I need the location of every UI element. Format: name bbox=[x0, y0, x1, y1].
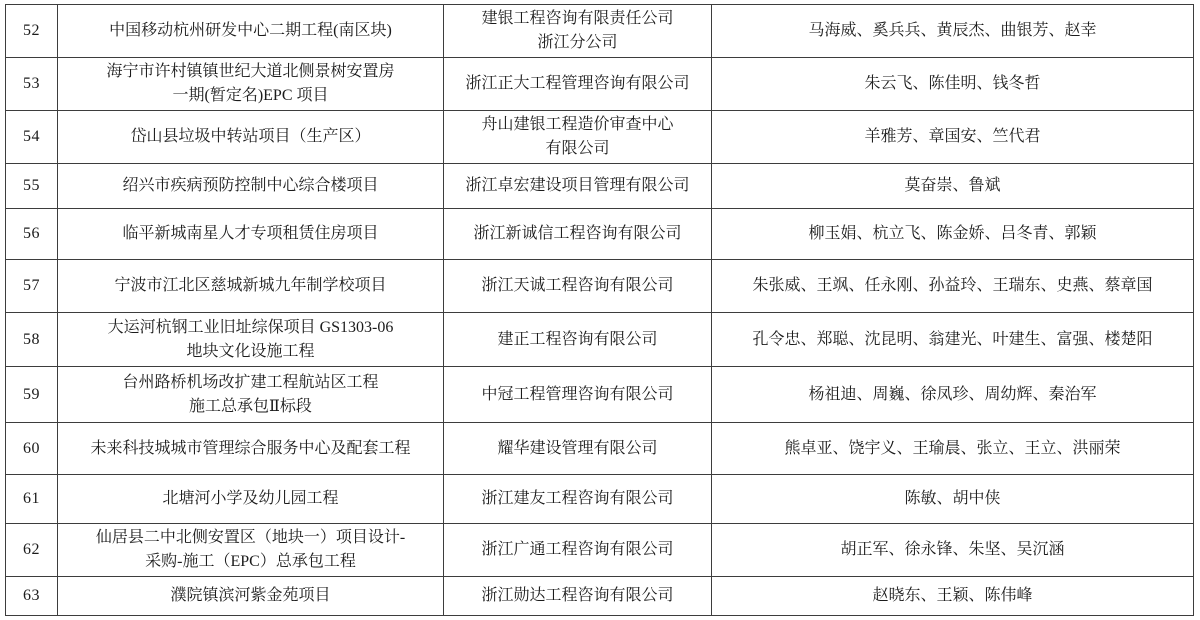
row-number-cell: 56 bbox=[6, 209, 58, 260]
table-row: 56临平新城南星人才专项租赁住房项目浙江新诚信工程咨询有限公司柳玉娟、杭立飞、陈… bbox=[6, 209, 1194, 260]
project-name-cell: 仙居县二中北侧安置区（地块一）项目设计- 采购-施工（EPC）总承包工程 bbox=[58, 524, 444, 577]
row-number-cell: 52 bbox=[6, 5, 58, 58]
table-row: 60未来科技城城市管理综合服务中心及配套工程耀华建设管理有限公司熊卓亚、饶宇义、… bbox=[6, 423, 1194, 475]
table-row: 58大运河杭钢工业旧址综保项目 GS1303-06 地块文化设施工程建正工程咨询… bbox=[6, 313, 1194, 367]
company-cell: 浙江卓宏建设项目管理有限公司 bbox=[444, 164, 712, 209]
table-row: 53海宁市许村镇镇世纪大道北侧景树安置房 一期(暂定名)EPC 项目浙江正大工程… bbox=[6, 58, 1194, 111]
row-number-cell: 59 bbox=[6, 367, 58, 423]
reviewers-cell: 马海威、奚兵兵、黄辰杰、曲银芳、赵幸 bbox=[712, 5, 1194, 58]
reviewers-cell: 孔令忠、郑聪、沈昆明、翁建光、叶建生、富强、楼楚阳 bbox=[712, 313, 1194, 367]
project-name-cell: 大运河杭钢工业旧址综保项目 GS1303-06 地块文化设施工程 bbox=[58, 313, 444, 367]
row-number-cell: 55 bbox=[6, 164, 58, 209]
project-name-cell: 岱山县垃圾中转站项目（生产区） bbox=[58, 111, 444, 164]
row-number-cell: 54 bbox=[6, 111, 58, 164]
company-cell: 建银工程咨询有限责任公司 浙江分公司 bbox=[444, 5, 712, 58]
project-review-table: 52中国移动杭州研发中心二期工程(南区块)建银工程咨询有限责任公司 浙江分公司马… bbox=[5, 4, 1194, 616]
table-row: 54岱山县垃圾中转站项目（生产区）舟山建银工程造价审查中心 有限公司羊雅芳、章国… bbox=[6, 111, 1194, 164]
reviewers-cell: 陈敏、胡中侠 bbox=[712, 475, 1194, 524]
company-cell: 浙江新诚信工程咨询有限公司 bbox=[444, 209, 712, 260]
row-number-cell: 58 bbox=[6, 313, 58, 367]
company-cell: 浙江广通工程咨询有限公司 bbox=[444, 524, 712, 577]
reviewers-cell: 莫奋崇、鲁斌 bbox=[712, 164, 1194, 209]
row-number-cell: 57 bbox=[6, 260, 58, 313]
project-name-cell: 濮院镇滨河紫金苑项目 bbox=[58, 577, 444, 616]
table-row: 55绍兴市疾病预防控制中心综合楼项目浙江卓宏建设项目管理有限公司莫奋崇、鲁斌 bbox=[6, 164, 1194, 209]
project-name-cell: 北塘河小学及幼儿园工程 bbox=[58, 475, 444, 524]
table-body: 52中国移动杭州研发中心二期工程(南区块)建银工程咨询有限责任公司 浙江分公司马… bbox=[6, 5, 1194, 616]
reviewers-cell: 柳玉娟、杭立飞、陈金娇、吕冬青、郭颖 bbox=[712, 209, 1194, 260]
table-row: 61北塘河小学及幼儿园工程浙江建友工程咨询有限公司陈敏、胡中侠 bbox=[6, 475, 1194, 524]
row-number-cell: 63 bbox=[6, 577, 58, 616]
reviewers-cell: 熊卓亚、饶宇义、王瑜晨、张立、王立、洪丽荣 bbox=[712, 423, 1194, 475]
project-name-cell: 宁波市江北区慈城新城九年制学校项目 bbox=[58, 260, 444, 313]
company-cell: 浙江正大工程管理咨询有限公司 bbox=[444, 58, 712, 111]
reviewers-cell: 朱云飞、陈佳明、钱冬哲 bbox=[712, 58, 1194, 111]
table-row: 59台州路桥机场改扩建工程航站区工程 施工总承包Ⅱ标段中冠工程管理咨询有限公司杨… bbox=[6, 367, 1194, 423]
project-name-cell: 绍兴市疾病预防控制中心综合楼项目 bbox=[58, 164, 444, 209]
company-cell: 中冠工程管理咨询有限公司 bbox=[444, 367, 712, 423]
row-number-cell: 62 bbox=[6, 524, 58, 577]
project-name-cell: 中国移动杭州研发中心二期工程(南区块) bbox=[58, 5, 444, 58]
row-number-cell: 53 bbox=[6, 58, 58, 111]
project-name-cell: 台州路桥机场改扩建工程航站区工程 施工总承包Ⅱ标段 bbox=[58, 367, 444, 423]
table-row: 62仙居县二中北侧安置区（地块一）项目设计- 采购-施工（EPC）总承包工程浙江… bbox=[6, 524, 1194, 577]
company-cell: 舟山建银工程造价审查中心 有限公司 bbox=[444, 111, 712, 164]
project-name-cell: 未来科技城城市管理综合服务中心及配套工程 bbox=[58, 423, 444, 475]
company-cell: 浙江建友工程咨询有限公司 bbox=[444, 475, 712, 524]
project-name-cell: 临平新城南星人才专项租赁住房项目 bbox=[58, 209, 444, 260]
reviewers-cell: 胡正军、徐永锋、朱坚、吴沉涵 bbox=[712, 524, 1194, 577]
company-cell: 建正工程咨询有限公司 bbox=[444, 313, 712, 367]
table-row: 63濮院镇滨河紫金苑项目浙江勋达工程咨询有限公司赵晓东、王颖、陈伟峰 bbox=[6, 577, 1194, 616]
document-page: 52中国移动杭州研发中心二期工程(南区块)建银工程咨询有限责任公司 浙江分公司马… bbox=[0, 0, 1200, 620]
reviewers-cell: 朱张威、王飒、任永刚、孙益玲、王瑞东、史燕、蔡章国 bbox=[712, 260, 1194, 313]
reviewers-cell: 羊雅芳、章国安、竺代君 bbox=[712, 111, 1194, 164]
company-cell: 耀华建设管理有限公司 bbox=[444, 423, 712, 475]
company-cell: 浙江天诚工程咨询有限公司 bbox=[444, 260, 712, 313]
reviewers-cell: 赵晓东、王颖、陈伟峰 bbox=[712, 577, 1194, 616]
row-number-cell: 60 bbox=[6, 423, 58, 475]
company-cell: 浙江勋达工程咨询有限公司 bbox=[444, 577, 712, 616]
table-row: 52中国移动杭州研发中心二期工程(南区块)建银工程咨询有限责任公司 浙江分公司马… bbox=[6, 5, 1194, 58]
table-row: 57宁波市江北区慈城新城九年制学校项目浙江天诚工程咨询有限公司朱张威、王飒、任永… bbox=[6, 260, 1194, 313]
project-name-cell: 海宁市许村镇镇世纪大道北侧景树安置房 一期(暂定名)EPC 项目 bbox=[58, 58, 444, 111]
row-number-cell: 61 bbox=[6, 475, 58, 524]
reviewers-cell: 杨祖迪、周巍、徐凤珍、周幼辉、秦治军 bbox=[712, 367, 1194, 423]
